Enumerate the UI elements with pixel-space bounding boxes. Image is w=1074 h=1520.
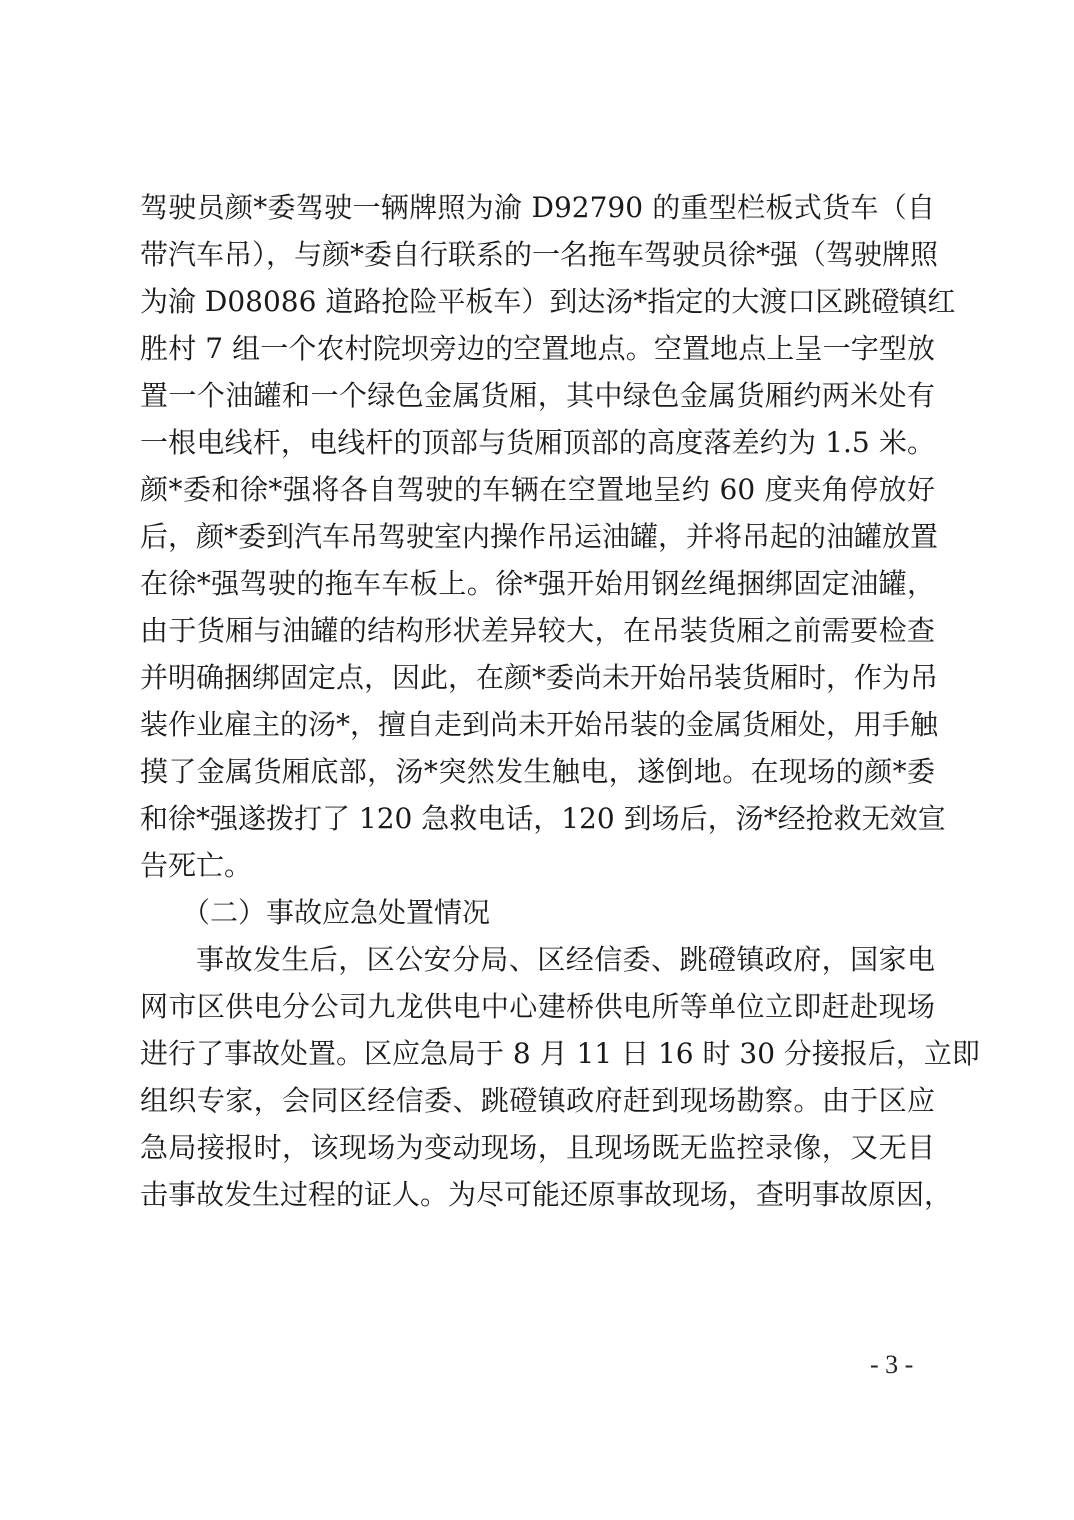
section-heading: （二）事故应急处置情况: [182, 889, 490, 936]
paragraph-2-line-1: 事故发生后，区公安分局、区经信委、跳磴镇政府，国家电: [196, 936, 935, 983]
paragraph-1-line-13: 摸了金属货厢底部，汤*突然发生触电，遂倒地。在现场的颜*委: [140, 748, 935, 795]
paragraph-1-line-3: 为渝 D08086 道路抢险平板车）到达汤*指定的大渡口区跳磴镇红: [140, 278, 935, 325]
paragraph-2-line-2: 网市区供电分公司九龙供电中心建桥供电所等单位立即赶赴现场: [140, 983, 935, 1030]
paragraph-1-line-11: 并明确捆绑固定点，因此，在颜*委尚未开始吊装货厢时，作为吊: [140, 654, 935, 701]
page-number: - 3 -: [870, 1345, 913, 1385]
paragraph-1-line-15: 告死亡。: [140, 842, 935, 889]
paragraph-1-line-6: 一根电线杆，电线杆的顶部与货厢顶部的高度落差约为 1.5 米。: [140, 419, 935, 466]
paragraph-1-line-14: 和徐*强遂拨打了 120 急救电话，120 到场后，汤*经抢救无效宣: [140, 795, 935, 842]
paragraph-1-line-12: 装作业雇主的汤*，擅自走到尚未开始吊装的金属货厢处，用手触: [140, 701, 935, 748]
paragraph-1-line-7: 颜*委和徐*强将各自驾驶的车辆在空置地呈约 60 度夹角停放好: [140, 466, 935, 513]
paragraph-1-line-4: 胜村 7 组一个农村院坝旁边的空置地点。空置地点上呈一字型放: [140, 325, 935, 372]
paragraph-1-line-8: 后，颜*委到汽车吊驾驶室内操作吊运油罐，并将吊起的油罐放置: [140, 513, 935, 560]
paragraph-2-line-5: 急局接报时，该现场为变动现场，且现场既无监控录像，又无目: [140, 1124, 935, 1171]
paragraph-2-line-6: 击事故发生过程的证人。为尽可能还原事故现场，查明事故原因，: [140, 1171, 935, 1218]
paragraph-1-line-5: 置一个油罐和一个绿色金属货厢，其中绿色金属货厢约两米处有: [140, 372, 935, 419]
paragraph-2-line-3: 进行了事故处置。区应急局于 8 月 11 日 16 时 30 分接报后，立即: [140, 1030, 935, 1077]
paragraph-1-line-10: 由于货厢与油罐的结构形状差异较大，在吊装货厢之前需要检查: [140, 607, 935, 654]
paragraph-2-line-4: 组织专家，会同区经信委、跳磴镇政府赶到现场勘察。由于区应: [140, 1077, 935, 1124]
document-page: 驾驶员颜*委驾驶一辆牌照为渝 D92790 的重型栏板式货车（自 带汽车吊），与…: [0, 0, 1074, 1520]
paragraph-1-line-9: 在徐*强驾驶的拖车车板上。徐*强开始用钢丝绳捆绑固定油罐，: [140, 560, 935, 607]
paragraph-1-line-2: 带汽车吊），与颜*委自行联系的一名拖车驾驶员徐*强（驾驶牌照: [140, 231, 935, 278]
paragraph-1-line-1: 驾驶员颜*委驾驶一辆牌照为渝 D92790 的重型栏板式货车（自: [140, 184, 935, 231]
